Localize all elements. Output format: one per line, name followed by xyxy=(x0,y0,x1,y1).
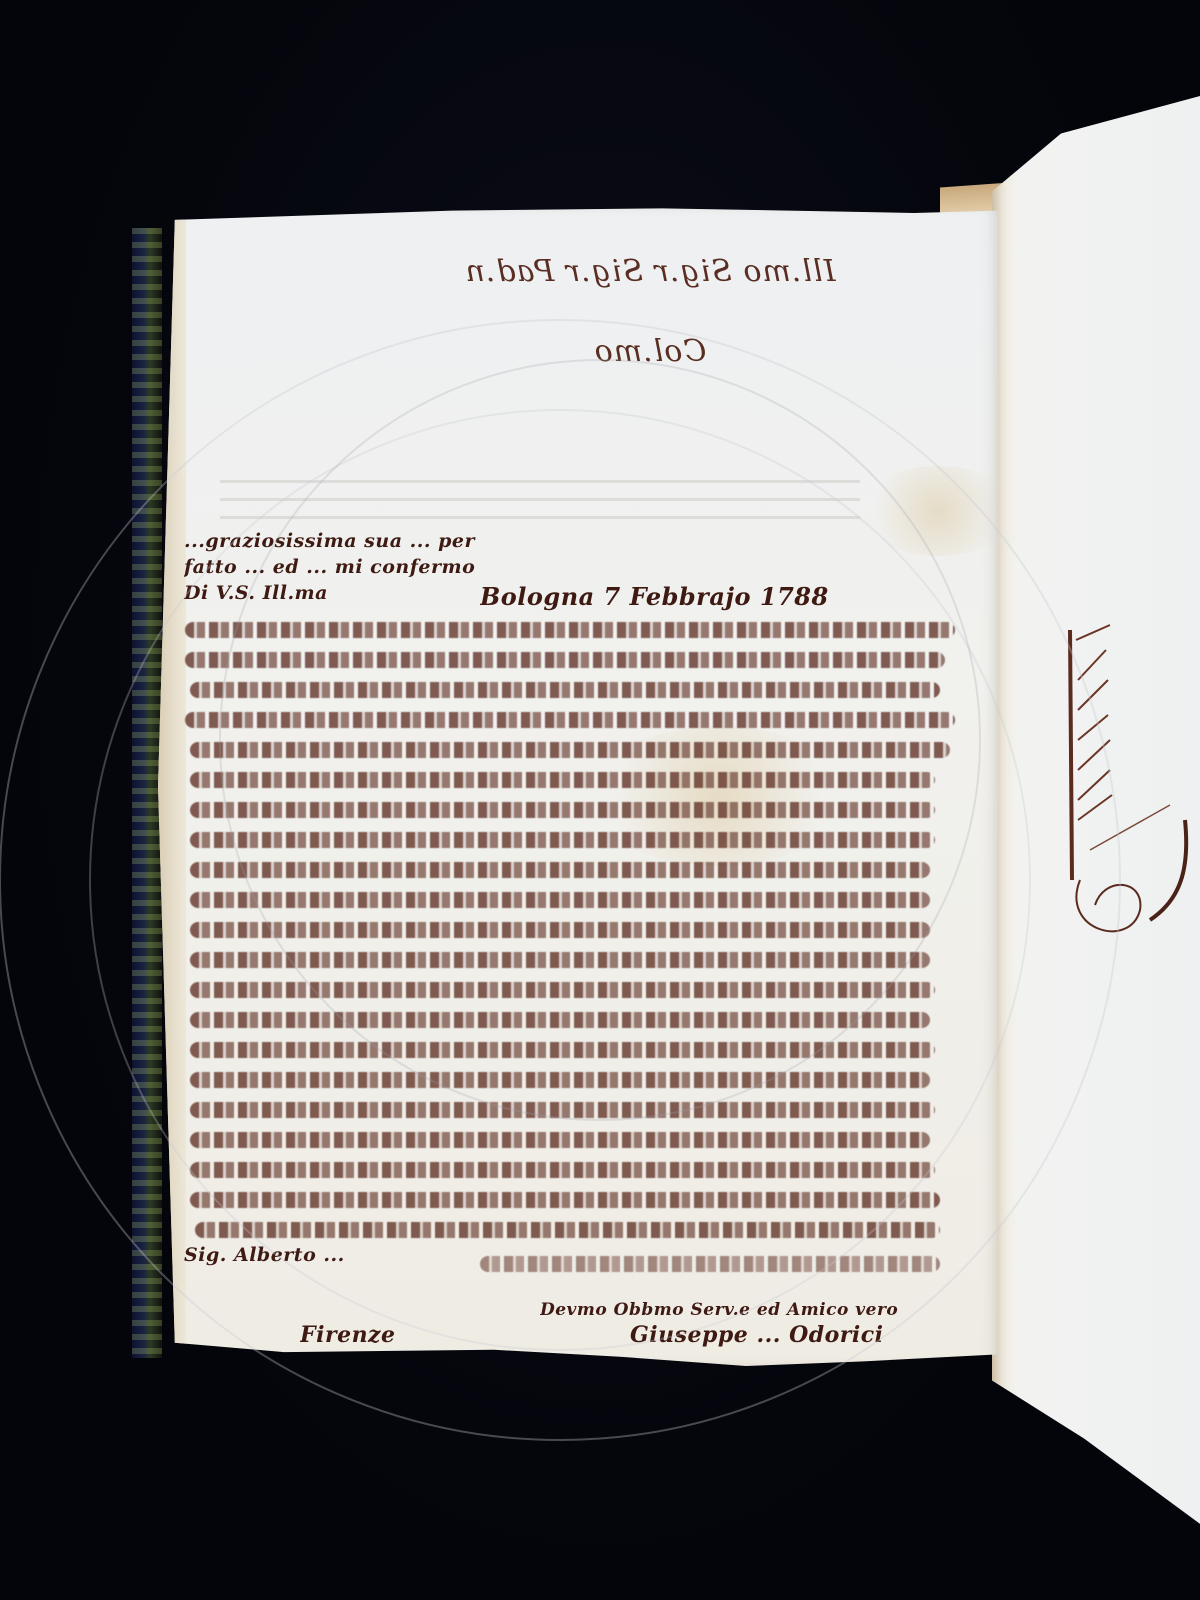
opening-line-1: ...graziosissima sua ... per xyxy=(184,530,954,552)
signature-prefix: Devmo Obbmo Serv.e ed Amico vero xyxy=(540,1300,960,1320)
addressee-city: Firenze xyxy=(300,1322,460,1348)
closing-ink-line xyxy=(480,1256,940,1272)
salutation: Ill.mo Sig.r Sig.r Pad.n Col.mo xyxy=(430,232,870,312)
opening-line-2: fatto ... ed ... mi confermo xyxy=(184,556,954,578)
dateline: Bologna 7 Febbrajo 1788 xyxy=(480,582,900,611)
calligraphic-flourish-icon xyxy=(1050,620,1190,950)
opening-line-3: Di V.S. Ill.ma xyxy=(184,582,434,604)
signature-name: Giuseppe ... Odorici xyxy=(630,1322,960,1348)
addressee-line-1: Sig. Alberto ... xyxy=(184,1244,484,1266)
show-through-text xyxy=(220,480,860,520)
book-cover-edge xyxy=(132,228,162,1358)
